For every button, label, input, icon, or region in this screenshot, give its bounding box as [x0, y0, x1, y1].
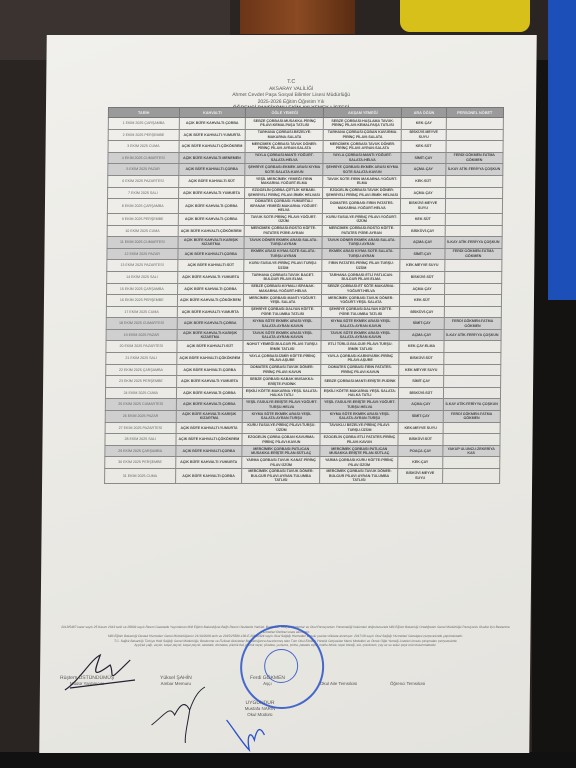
cell-breakfast: AÇIK BÜFE KAHVALTI-YUMURTA [179, 129, 246, 141]
cell-breakfast: AÇIK BÜFE KAHVALTI-ÇORBA [176, 387, 243, 399]
cell-breakfast: AÇIK BÜFE KAHVALTI-KARIŞIK KIZARTMA [177, 329, 244, 341]
cell-staff-duty: FERDİ GÖKMEN-FATMA GÖKMEN [444, 318, 502, 330]
cell-lunch: YEŞİL FASULYE-ERİŞTE PİLAVI-YOĞURT-TURŞU… [243, 399, 321, 411]
cell-dinner: MERCİMEK ÇORBASI-TAVUK DÖNER-BULGUR PİLA… [320, 469, 398, 484]
cell-staff-duty [444, 306, 502, 318]
cell-lunch: EŞKİLİ KÖFTE-MAKARNA-YEŞİL SALATA-HALKA … [243, 387, 321, 399]
cell-snack: AÇMA-ÇAY [401, 164, 445, 176]
cell-lunch: DOMATES ÇORBASI-YUMURTALI ISPANAK YEMEĞİ… [245, 199, 323, 214]
official-stamp [240, 625, 325, 709]
cell-lunch: KURU FASULYE-PİRİNÇ PİLAVI-TURŞU-ÜZÜM [242, 422, 320, 434]
cell-snack: AÇMA-ÇAY [400, 237, 444, 249]
signature-scribble-1 [60, 650, 140, 695]
cell-staff-duty [446, 129, 504, 141]
cell-breakfast: AÇIK BÜFE KAHVALTI-ÇÖKÖKREM [177, 295, 244, 307]
cell-snack: KEK-ÇAY [398, 457, 442, 469]
cell-dinner: TAVUKLU BEZELYE-PİRİNÇ PİLAVI-TURŞU-ÜZÜM [320, 422, 398, 434]
cell-staff-duty [444, 260, 502, 272]
cell-snack: KEK-SÜT [401, 141, 445, 153]
table-row: 24 EKİM 2025 CUMAAÇIK BÜFE KAHVALTI-ÇORB… [105, 387, 500, 399]
cell-breakfast: AÇIK BÜFE KAHVALTI-ÇORBA [177, 318, 244, 330]
table-row: 7 EKİM 2025 SALIAÇIK BÜFE KAHVALTI-YUMUR… [108, 187, 503, 199]
table-row: 20 EKİM 2025 PAZARTESİAÇIK BÜFE KAHVALTI… [106, 341, 501, 353]
cell-date: 30 EKİM 2025 PERŞEMBE [105, 457, 176, 469]
meal-menu-table: TARİH KAHVALTI ÖĞLE YEMEĞİ AKŞAM YEMEĞİ … [104, 107, 504, 484]
cell-date: 3 EKİM 2025 CUMA [108, 141, 179, 153]
cell-lunch: EZOGELİN ÇORBA-ÇOBAN KAVURMA-PİRİNÇ PİLA… [242, 434, 320, 446]
cell-dinner: ŞEHRİYE ÇORBASI-EKMEK ARASI KIYMA SOTE-S… [323, 164, 401, 176]
cell-dinner: YAYLA ÇORBASI-MANTI-YOĞURT-SALATA-HELVA [323, 152, 401, 164]
cell-lunch: TARHANA ÇORBASI-BEZELYE-MAKARNA-SALATA [245, 129, 323, 141]
signature-scribble-2 [149, 685, 210, 745]
table-row: 2 EKİM 2025 PERŞEMBEAÇIK BÜFE KAHVALTI-Y… [108, 129, 503, 141]
cell-lunch: KURU FASULYE-PİRİNÇ PİLAVI-TURŞU-ÜZÜM [244, 260, 322, 272]
cell-dinner: KIYMA SÖTE EKMEK ARASI-YEŞİL SALATA-AYRA… [322, 318, 400, 330]
cell-snack: KEK-ÇAY [402, 118, 446, 130]
cell-staff-duty [445, 187, 503, 199]
table-row: 23 EKİM 2025 PERŞEMBEAÇIK BÜFE KAHVALTI-… [106, 376, 501, 388]
cell-breakfast: AÇIK BÜFE KAHVALTI-SÜT [178, 175, 245, 187]
cell-staff-duty: İLKAY ATİK-FERİYYA ÇOŞKUN [445, 164, 503, 176]
cell-date: 10 EKİM 2025 CUMA [107, 225, 178, 237]
cell-date: 17 EKİM 2025 CUMA [106, 306, 177, 318]
cell-dinner: ŞEHRİYE ÇORBASI-DALYAN KÖFTE-PÜRE-TULUMB… [322, 306, 400, 318]
cell-staff-duty [445, 213, 503, 225]
cell-date: 27 EKİM 2025 PAZARTESİ [105, 422, 176, 434]
cell-breakfast: AÇIK BÜFE KAHVALTI-ÇORBA [175, 445, 242, 457]
background-blue-object [548, 0, 576, 300]
cell-date: 14 EKİM 2025 SALI [107, 271, 178, 283]
cell-dinner: EZOGELİN ÇORBASI-TAVUK DÖNER-ŞEHRİYELİ P… [323, 187, 401, 199]
cell-date: 25 EKİM 2025 CUMARTESİ [105, 399, 176, 411]
background-wood [240, 0, 355, 34]
cell-staff-duty [443, 364, 501, 376]
cell-breakfast: AÇIK BÜFE KAHVALTI-ÇORBA [176, 364, 243, 376]
cell-dinner: EŞKİLİ KÖFTE-MAKARNA-YEŞİL SALATA-HALKA … [321, 387, 399, 399]
cell-staff-duty [443, 376, 501, 388]
table-body: 1 EKİM 2025 ÇARŞAMBAAÇIK BÜFE KAHVALTI-Ç… [105, 118, 504, 484]
table-row: 19 EKİM 2025 PAZARAÇIK BÜFE KAHVALTI-KAR… [106, 329, 501, 341]
cell-snack: SİMİT-ÇAY [399, 376, 443, 388]
table-row: 14 EKİM 2025 SALIAÇIK BÜFE KAHVALTI-YUMU… [107, 271, 502, 283]
cell-dinner: ETLİ TÜRLÜ-BULGUR PİLAVI-TURŞU-İRMİK TAT… [321, 341, 399, 353]
column-header-breakfast: KAHVALTI [179, 108, 246, 118]
cell-dinner: MERCİMEK ÇORBASI-PATLICAN MUSAKKA-ERİŞTE… [320, 445, 398, 457]
cell-breakfast: AÇIK BÜFE KAHVALTI-ÇORBA [178, 164, 245, 176]
cell-dinner: MERCİMEK ÇORBASI-TAVUK DÖNER-YOĞURT-YEŞİ… [322, 295, 400, 307]
cell-date: 29 EKİM 2025 ÇARŞAMBA [105, 445, 176, 457]
cell-staff-duty [443, 353, 501, 365]
cell-snack: KEK-MEYVE SUYU [399, 364, 443, 376]
cell-breakfast: AÇIK BÜFE KAHVALTI-ÇORBA [179, 118, 246, 130]
background-yellow-object [400, 0, 530, 32]
table-row: 5 EKİM 2025 PAZARAÇIK BÜFE KAHVALTI-ÇORB… [108, 164, 503, 176]
cell-dinner: SEBZE ÇORBASI-HAŞLAMA TAVUK-PİRİNÇ PİLAV… [324, 118, 402, 130]
cell-date: 2 EKİM 2025 PERŞEMBE [108, 129, 179, 141]
cell-snack: AÇMA-ÇAY [399, 399, 443, 411]
table-row: 4 EKİM 2025 CUMARTESİAÇIK BÜFE KAHVALTI-… [108, 152, 503, 164]
cell-staff-duty [445, 225, 503, 237]
cell-date: 28 EKİM 2025 SALI [105, 434, 176, 446]
table-row: 26 EKİM 2025 PAZARAÇIK BÜFE KAHVALTI-KAR… [105, 411, 500, 423]
cell-staff-duty [445, 199, 503, 214]
table-row: 18 EKİM 2025 CUMARTESİAÇIK BÜFE KAHVALTI… [106, 318, 501, 330]
cell-date: 21 EKİM 2025 SALI [106, 353, 177, 365]
cell-snack: KEK-ÇAY-ELMA [399, 341, 443, 353]
cell-snack: KEK-SÜT [401, 175, 445, 187]
cell-lunch: ŞEHRİYE ÇORBASI-EKMEK ARASI KIYMA SOTE-S… [245, 164, 323, 176]
cell-dinner: KURU FASULYE-PİRİNÇ PİLAVI-YOĞURT-ÜZÜM [323, 213, 401, 225]
table-row: 8 EKİM 2025 ÇARŞAMBAAÇIK BÜFE KAHVALTI-Ç… [107, 199, 502, 214]
cell-dinner: DOMATES ÇORBASI-FIRIN PATATES-MAKARNA-YO… [323, 199, 401, 214]
cell-dinner: TARHANA ÇORBASI-ÇOBAN KAVURMA-PİRİNÇ PİL… [323, 129, 401, 141]
cell-snack: KEK-SÜT [400, 295, 444, 307]
cell-staff-duty: İLKAY ATİK-FERİYYA ÇOŞKUN [445, 237, 503, 249]
cell-staff-duty: İLKAY ATİK-FERİYYA ÇOŞKUN [443, 399, 501, 411]
cell-date: 13 EKİM 2025 PAZARTESİ [107, 260, 178, 272]
cell-breakfast: AÇIK BÜFE KAHVALTI-ÇÖKÖKREM [175, 434, 242, 446]
cell-breakfast: AÇIK BÜFE KAHVALTI-ÇORBA [175, 469, 242, 484]
table-row: 3 EKİM 2025 CUMAAÇIK BÜFE KAHVALTI-ÇÖKÖK… [108, 141, 503, 153]
cell-lunch: MERCİMEK ÇORBASI-MANTI-YOĞURT-YEŞİL SALA… [244, 295, 322, 307]
cell-lunch: TAVUK SOTE-PİRİNÇ PİLAVI-YOĞURT-ÜZÜM [245, 213, 323, 225]
cell-breakfast: AÇIK BÜFE KAHVALTI-ÇORBA [177, 248, 244, 260]
table-header-row: TARİH KAHVALTI ÖĞLE YEMEĞİ AKŞAM YEMEĞİ … [108, 108, 503, 118]
cell-date: 7 EKİM 2025 SALI [108, 187, 179, 199]
cell-snack: KEK-MEYVE SUYU [399, 422, 443, 434]
cell-breakfast: AÇIK BÜFE KAHVALTI-ÇÖKÖKREM [176, 353, 243, 365]
cell-date: 6 EKİM 2025 PAZARTESİ [108, 175, 179, 187]
cell-snack: AÇMA-ÇAY [399, 329, 443, 341]
cell-lunch: KIYMA SÖTE EKMEK ARASI-YEŞİL SALATA-AYRA… [243, 318, 321, 330]
cell-staff-duty [445, 175, 503, 187]
cell-breakfast: AÇIK BÜFE KAHVALTI-YUMURTA [175, 457, 242, 469]
cell-date: 31 EKİM 2025 CUMA [105, 469, 176, 484]
cell-breakfast: AÇIK BÜFE KAHVALTI-YUMURTA [177, 306, 244, 318]
menu-document: T.C AKSARAY VALİLİĞİ Ahmet Cevdet Paşa S… [39, 35, 537, 753]
cell-breakfast: AÇIK BÜFE KAHVALTI-ÇORBA [178, 199, 245, 214]
cell-snack: BİSKÜVİ-SÜT [399, 353, 443, 365]
cell-breakfast: AÇIK BÜFE KAHVALTI-KARIŞIK KIZARTMA [176, 411, 243, 423]
cell-lunch: ŞEHRİYE ÇORBASI-DALYAN KÖFTE-PÜRE-TULUMB… [244, 306, 322, 318]
table-row: 28 EKİM 2025 SALIAÇIK BÜFE KAHVALTI-ÇÖKÖ… [105, 434, 500, 446]
cell-dinner: TAVUK DÖNER EKMEK ARASI-SALATA-TURŞU-AYR… [322, 237, 400, 249]
cell-snack: AÇMA-ÇAY [401, 187, 445, 199]
cell-snack: BİSKÜVİ-SÜT [398, 434, 442, 446]
cell-lunch: MERCİMEK ÇORBASI-TAVUK DÖNER-PİRİNÇ PİLA… [245, 141, 323, 153]
table-row: 25 EKİM 2025 CUMARTESİAÇIK BÜFE KAHVALTI… [105, 399, 500, 411]
cell-staff-duty: FERDİ GÖKMEN-FATMA GÖKMEN [445, 152, 503, 164]
cell-breakfast: AÇIK BÜFE KAHVALTI-ÇORBA [177, 283, 244, 295]
cell-date: 8 EKİM 2025 ÇARŞAMBA [107, 199, 178, 214]
cell-dinner: TAVUK SÖTE EKMEK ARASI-YEŞİL SALATA-AYRA… [321, 329, 399, 341]
cell-snack: SİMİT-ÇAY [400, 248, 444, 260]
cell-snack: AÇMA-ÇAY [400, 283, 444, 295]
cell-date: 12 EKİM 2025 PAZAR [107, 248, 178, 260]
cell-lunch: YAYLA ÇORBASI-İZMİR KÖFTE-PİRİNÇ PİLAVI-… [243, 353, 321, 365]
column-header-snack: ARA ÖĞÜN [402, 108, 446, 118]
column-header-date: TARİH [108, 108, 179, 118]
cell-dinner: EKMEK ARASI KIYMA SOTE-SALATA-TURŞU-AYRA… [322, 248, 400, 260]
cell-breakfast: AÇIK BÜFE KAHVALTI-YUMURTA [177, 271, 244, 283]
cell-date: 5 EKİM 2025 PAZAR [108, 164, 179, 176]
signer-student-rep: Öğrenci Temsilcisi [390, 681, 425, 687]
cell-lunch: YEŞİL MERCİMEK YEMEĞİ-FIRIN MAKARNA-YOĞU… [245, 175, 323, 187]
cell-date: 15 EKİM 2025 ÇARŞAMBA [107, 283, 178, 295]
cell-lunch: EZOGELİN ÇORBA-ÇİFTLİK KEBABI-ŞEHRİYELİ … [245, 187, 323, 199]
cell-snack: KEK-SÜT [401, 213, 445, 225]
cell-date: 24 EKİM 2025 CUMA [105, 387, 176, 399]
cell-snack: BİSKÜVİ-ÇAY [401, 225, 445, 237]
cell-dinner: YARMA ÇORBASI-KURU KÖFTE-PİRİNÇ PİLAV-ÜZ… [320, 457, 398, 469]
cell-lunch: MERCİMEK ÇORBASI-TAVUK DÖNER-BULGUR PİLA… [242, 469, 320, 484]
cell-lunch: TARHANA ÇORBASI-TAVUK BAGET-BULGUR PİLAV… [244, 271, 322, 283]
cell-snack: SİMİT-ÇAY [399, 411, 443, 423]
cell-snack: BİSKÜVİ-SÜT [399, 387, 443, 399]
cell-staff-duty [446, 141, 504, 153]
table-row: 21 EKİM 2025 SALIAÇIK BÜFE KAHVALTI-ÇÖKÖ… [106, 353, 501, 365]
cell-snack: SİMİT-ÇAY [401, 152, 445, 164]
cell-lunch: KIYMA SÖTE EKMEK ARASI-YEŞİL SALATA-AYRA… [243, 411, 321, 423]
cell-breakfast: AÇIK BÜFE KAHVALTI-YUMURTA [178, 187, 245, 199]
cell-dinner: SEBZE ÇORBASI-MANTI-ERİŞTE-PUDİNK [321, 376, 399, 388]
cell-staff-duty [443, 422, 501, 434]
cell-date: 20 EKİM 2025 PAZARTESİ [106, 341, 177, 353]
cell-dinner: KIYMA SÖTE EKMEK ARASI-YEŞİL SALATA-AYRA… [321, 411, 399, 423]
cell-snack: SİMİT-ÇAY [400, 318, 444, 330]
table-row: 22 EKİM 2025 ÇARŞAMBAAÇIK BÜFE KAHVALTI-… [106, 364, 501, 376]
cell-staff-duty [446, 118, 504, 130]
cell-staff-duty [444, 271, 502, 283]
table-row: 15 EKİM 2025 ÇARŞAMBAAÇIK BÜFE KAHVALTI-… [107, 283, 502, 295]
cell-staff-duty [444, 341, 502, 353]
cell-breakfast: AÇIK BÜFE KAHVALTI-KARIŞIK KIZARTMA [178, 237, 245, 249]
cell-date: 4 EKİM 2025 CUMARTESİ [108, 152, 179, 164]
cell-lunch: MERCİMEK ÇORBASI-PATLICAN MUSAKKA-ERİŞTE… [242, 445, 320, 457]
cell-lunch: TAVUK DÖNER EKMEK ARASI-SALATA-TURŞU-AYR… [244, 237, 322, 249]
cell-snack: BİSKÜVİ-MEYVE SUYU [398, 469, 442, 484]
cell-lunch: EKMEK ARASI KIYMA SOTE-SALATA-TURŞU-AYRA… [244, 248, 322, 260]
cell-breakfast: AÇIK BÜFE KAHVALTI-ÇÖKÖKREM [178, 225, 245, 237]
cell-date: 22 EKİM 2025 ÇARŞAMBA [106, 364, 177, 376]
table-row: 10 EKİM 2025 CUMAAÇIK BÜFE KAHVALTI-ÇÖKÖ… [107, 225, 502, 237]
table-row: 31 EKİM 2025 CUMAAÇIK BÜFE KAHVALTI-ÇORB… [105, 469, 500, 484]
cell-snack: POAÇA-ÇAY [398, 445, 442, 457]
cell-snack: BİSKÜVİ-MEYVE SUYU [401, 199, 445, 214]
cell-lunch: DOMATES ÇORBASI-TAVUK DÖNER-PİRİNÇ PİLAV… [243, 364, 321, 376]
table-row: 16 EKİM 2025 PERŞEMBEAÇIK BÜFE KAHVALTI-… [106, 295, 501, 307]
cell-date: 1 EKİM 2025 ÇARŞAMBA [108, 118, 179, 130]
table-row: 1 EKİM 2025 ÇARŞAMBAAÇIK BÜFE KAHVALTI-Ç… [108, 118, 503, 130]
cell-snack: BİSKÜVİ-SÜT [400, 271, 444, 283]
cell-date: 23 EKİM 2025 PERŞEMBE [106, 376, 177, 388]
cell-breakfast: AÇIK BÜFE KAHVALTI-ÇÖKÖKREM [179, 141, 246, 153]
background-bottom [0, 752, 576, 768]
cell-staff-duty [444, 283, 502, 295]
cell-dinner: DOMATES ÇORBASI-FIRIN PATATES-PİRİNÇ PİL… [321, 364, 399, 376]
cell-staff-duty [443, 387, 501, 399]
table-row: 6 EKİM 2025 PAZARTESİAÇIK BÜFE KAHVALTI-… [108, 175, 503, 187]
cell-dinner: SEBZE ÇORBASI-ET SÖTE-MAKARNA-YOĞURT-HEL… [322, 283, 400, 295]
cell-dinner: FIRIN PATATES-PİRİNÇ PİLAV-TURŞU-ÜZÜM [322, 260, 400, 272]
table-row: 12 EKİM 2025 PAZARAÇIK BÜFE KAHVALTI-ÇOR… [107, 248, 502, 260]
cell-date: 19 EKİM 2025 PAZAR [106, 329, 177, 341]
cell-breakfast: AÇIK BÜFE KAHVALTI-SÜT [177, 260, 244, 272]
cell-lunch: SEBZE ÇORBASI-MUSAKKA-PİRİNÇ PİLAVI-KEMA… [246, 118, 324, 130]
cell-date: 26 EKİM 2025 PAZAR [105, 411, 176, 423]
column-header-staff-duty: PERSONEL NÖBET [446, 108, 504, 118]
cell-breakfast: AÇIK BÜFE KAHVALTI-YUMURTA [176, 422, 243, 434]
cell-dinner: YAYLA ÇORBASI-KARNIYARIK-PİRİNÇ PİLAVI-A… [321, 353, 399, 365]
table-row: 13 EKİM 2025 PAZARTESİAÇIK BÜFE KAHVALTI… [107, 260, 502, 272]
cell-breakfast: AÇIK BÜFE KAHVALTI-YUMURTA [176, 376, 243, 388]
cell-snack: KEK-MEYVE SUYU [400, 260, 444, 272]
cell-lunch: YAYLA ÇORBASI-MANTI-YOĞURT-SALATA-HELVA [245, 152, 323, 164]
cell-staff-duty: FERDİ GÖKMEN-FATMA GÖKMEN [443, 411, 501, 423]
cell-dinner: TAVUK SOTE-FIRIN MAKARNA-YOĞURT-ELMA [323, 175, 401, 187]
cell-breakfast: AÇIK BÜFE KAHVALTI-SÜT [176, 341, 243, 353]
cell-dinner: MERCİMEK ÇORBASI-TAVUK DÖNER-PİRİNÇ PİLA… [323, 141, 401, 153]
cell-dinner: YEŞİL FASULYE-ERİŞTE PİLAVI-YOĞURT-TURŞU… [321, 399, 399, 411]
table-row: 11 EKİM 2025 CUMARTESİAÇIK BÜFE KAHVALTI… [107, 237, 502, 249]
cell-dinner: MERCİMEK ÇORBASI-ROSTO KÖFTE-PATATES PÜR… [322, 225, 400, 237]
cell-lunch: SEBZE ÇORBASI-KABAK MUSAKKA-ERİŞTE-PUDİN… [243, 376, 321, 388]
column-header-dinner: AKŞAM YEMEĞİ [324, 108, 402, 118]
signature-scribble-3 [224, 715, 284, 755]
cell-dinner: TARHANA ÇORBASI-ETLİ PATLICAN-BULGUR PİL… [322, 271, 400, 283]
cell-staff-duty [442, 469, 500, 484]
cell-staff-duty: İLKAY ATİK-FERİYYA ÇOŞKUN [444, 329, 502, 341]
column-header-lunch: ÖĞLE YEMEĞİ [246, 108, 324, 118]
table-row: 17 EKİM 2025 CUMAAÇIK BÜFE KAHVALTI-YUMU… [106, 306, 501, 318]
cell-breakfast: AÇIK BÜFE KAHVALTI-ÇORBA [176, 399, 243, 411]
table-row: 29 EKİM 2025 ÇARŞAMBAAÇIK BÜFE KAHVALTI-… [105, 445, 500, 457]
cell-breakfast: AÇIK BÜFE KAHVALTI-ÇORBA [178, 213, 245, 225]
cell-staff-duty: YAKUP ULUNCU-ZEKERİYA KAS [442, 445, 500, 457]
table-row: 30 EKİM 2025 PERŞEMBEAÇIK BÜFE KAHVALTI-… [105, 457, 500, 469]
cell-staff-duty: FERDİ GÖKMEN-FATMA GÖKMEN [444, 248, 502, 260]
cell-lunch: MERCİMEK ÇORBASI-ROSTO KÖFTE-PATATES PÜR… [244, 225, 322, 237]
table-row: 9 EKİM 2025 PERŞEMBEAÇIK BÜFE KAHVALTI-Ç… [107, 213, 502, 225]
cell-staff-duty [442, 457, 500, 469]
cell-staff-duty [443, 434, 501, 446]
cell-date: 11 EKİM 2025 CUMARTESİ [107, 237, 178, 249]
cell-date: 18 EKİM 2025 CUMARTESİ [106, 318, 177, 330]
cell-staff-duty [444, 295, 502, 307]
signer-parent-rep: Okul Aile Temsilcisi [320, 681, 357, 687]
table-row: 27 EKİM 2025 PAZARTESİAÇIK BÜFE KAHVALTI… [105, 422, 500, 434]
cell-lunch: NOHUT YEMEĞİ-BULGUR PİLAVI-TURŞU-İRMİK T… [243, 341, 321, 353]
cell-snack: BİSKÜVİ-MEYVE SUYU [402, 129, 446, 141]
cell-date: 16 EKİM 2025 PERŞEMBE [106, 295, 177, 307]
cell-lunch: YARMA ÇORBASI-TAVUK KANAT-PİRİNÇ PİLAV-Ü… [242, 457, 320, 469]
cell-date: 9 EKİM 2025 PERŞEMBE [107, 213, 178, 225]
cell-lunch: TAVUK SÖTE EKMEK ARASI-YEŞİL SALATA-AYRA… [243, 329, 321, 341]
cell-lunch: SEBZE ÇORBASI-KIYMALI ISPANAK-MAKARNA-YO… [244, 283, 322, 295]
cell-dinner: EZOGELİN ÇORBA-ETLİ PATATES-PİRİNÇ PİLAV… [320, 434, 398, 446]
cell-snack: BİSKÜVİ-ÇAY [400, 306, 444, 318]
cell-breakfast: AÇIK BÜFE KAHVALTI-MENEMEN [178, 152, 245, 164]
